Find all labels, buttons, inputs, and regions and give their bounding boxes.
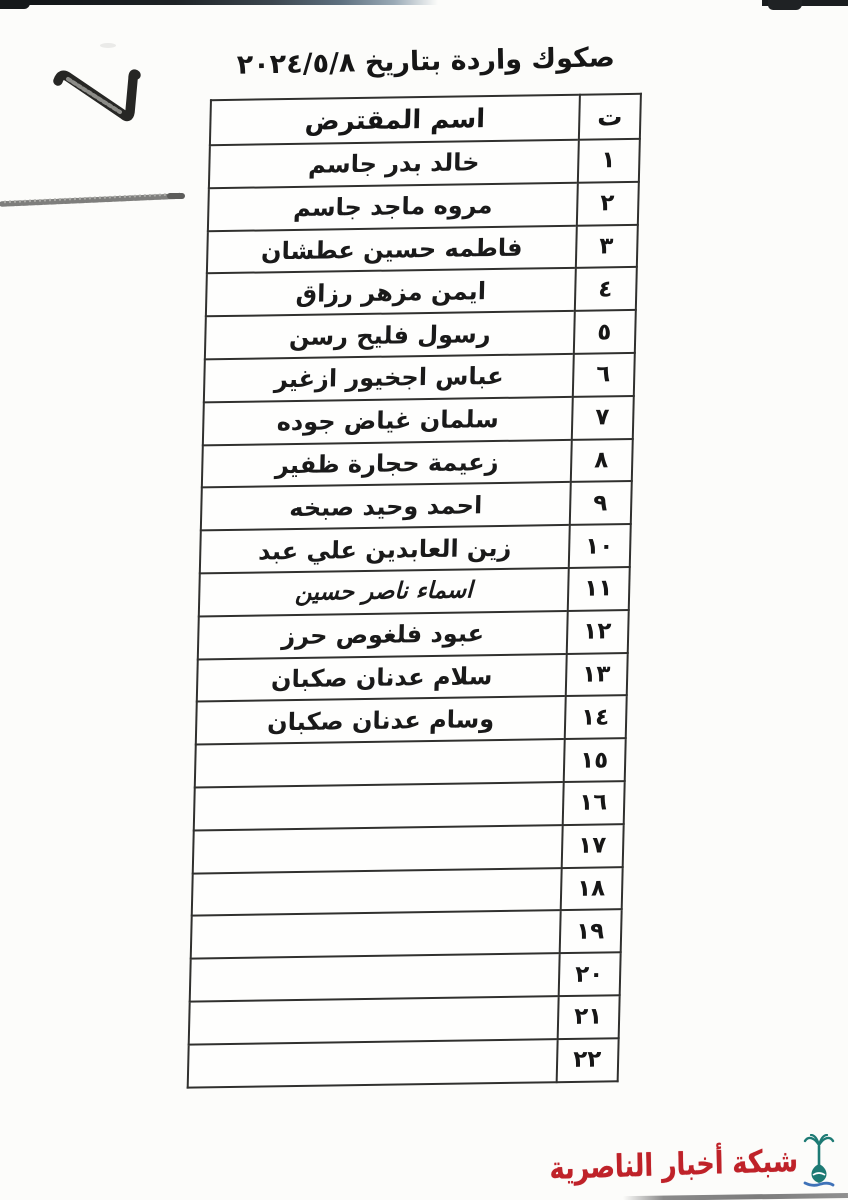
serial-cell: ١٤ [565, 695, 627, 739]
serial-cell: ١٧ [562, 824, 624, 868]
scan-edge-artifact-top-left-cap [0, 0, 30, 9]
table-row: ١ خالد بدر جاسم [209, 139, 640, 188]
name-cell: خالد بدر جاسم [209, 140, 579, 188]
serial-cell: ٢٢ [557, 1038, 619, 1082]
table-row: ٧ سلمان غياض جوده [203, 396, 634, 445]
name-cell [191, 910, 561, 958]
name-cell: احمد وحيد صبخه [201, 482, 571, 530]
serial-cell: ٦ [573, 353, 635, 397]
table-body: ١ خالد بدر جاسم ٢ مروه ماجد جاسم ٣ فاطمه… [188, 139, 640, 1087]
name-cell: فاطمه حسين عطشان [207, 225, 577, 273]
name-cell: وسام عدنان صكبان [196, 696, 566, 744]
serial-cell: ١١ [568, 567, 630, 611]
table-header: ت اسم المقترض [210, 94, 641, 145]
document-title: صكوك واردة بتاريخ ٢٠٢٤/٥/٨ [209, 40, 642, 85]
name-cell [188, 1039, 558, 1087]
name-cell [192, 868, 562, 916]
name-cell: اسماء ناصر حسين [199, 568, 569, 616]
table-row: ١٣ سلام عدنان صكبان [197, 653, 628, 702]
name-cell: رسول فليح رسن [205, 311, 575, 359]
name-cell: مروه ماجد جاسم [208, 183, 578, 231]
serial-cell: ١٥ [564, 738, 626, 782]
borrower-name-column-header: اسم المقترض [210, 95, 580, 145]
watermark-text: شبكة أخبار الناصرية [549, 1146, 798, 1185]
table-row: ٢٠ [190, 952, 621, 1001]
serial-cell: ٣ [576, 224, 638, 268]
serial-cell: ١٢ [567, 610, 629, 654]
name-cell: عبود فلغوص حرز [198, 611, 568, 659]
borrowers-table: ت اسم المقترض ١ خالد بدر جاسم ٢ مروه ماج… [187, 93, 642, 1088]
serial-cell: ٩ [570, 481, 632, 525]
table-row: ١٧ [193, 824, 624, 873]
serial-cell: ٨ [571, 439, 633, 483]
table-row: ١٦ [194, 781, 625, 830]
serial-cell: ١ [578, 139, 640, 183]
serial-cell: ٥ [574, 310, 636, 354]
name-cell: سلام عدنان صكبان [197, 654, 567, 702]
table-row: ٢٢ [188, 1038, 619, 1087]
name-cell [194, 782, 564, 830]
name-cell [189, 996, 559, 1044]
table-row: ١٩ [191, 910, 622, 959]
table-row: ٦ عباس اجخيور ازغير [204, 353, 635, 402]
news-network-watermark: شبكة أخبار الناصرية [495, 1134, 836, 1188]
table-row: ٢ مروه ماجد جاسم [208, 182, 639, 231]
table-row: ٥ رسول فليح رسن [205, 310, 636, 359]
table-row: ٤ ايمن مزهر رزاق [206, 267, 637, 316]
scan-edge-artifact-top-right-bump [768, 0, 802, 10]
serial-cell: ٤ [575, 267, 637, 311]
name-cell: زين العابدين علي عبد [200, 525, 570, 573]
table-row: ١٥ [195, 738, 626, 787]
serial-cell: ١٩ [560, 910, 622, 954]
table-row: ٣ فاطمه حسين عطشان [207, 224, 638, 273]
table-row: ١١ اسماء ناصر حسين [199, 567, 630, 616]
table-row: ١٠ زين العابدين علي عبد [200, 524, 631, 573]
serial-cell: ١٦ [563, 781, 625, 825]
palm-tree-emblem-icon [802, 1134, 836, 1188]
serial-cell: ٢ [577, 182, 639, 226]
serial-cell: ١٣ [566, 653, 628, 697]
name-cell: زعيمة حجارة ظفير [202, 439, 572, 487]
serial-column-header: ت [579, 94, 641, 140]
table-row: ١٨ [192, 867, 623, 916]
scan-edge-artifact-bottom-right [623, 1193, 848, 1200]
name-cell: ايمن مزهر رزاق [206, 268, 576, 316]
serial-cell: ٢١ [558, 995, 620, 1039]
handwritten-check-mark [48, 60, 148, 138]
table-row: ١٤ وسام عدنان صكبان [196, 695, 627, 744]
pencil-line-mark [0, 186, 195, 212]
serial-cell: ٢٠ [559, 952, 621, 996]
paper-smudge [100, 43, 116, 48]
table-row: ٨ زعيمة حجارة ظفير [202, 439, 633, 488]
name-cell [190, 953, 560, 1001]
document-content: صكوك واردة بتاريخ ٢٠٢٤/٥/٨ ت اسم المقترض… [210, 43, 647, 1085]
table-row: ١٢ عبود فلغوص حرز [198, 610, 629, 659]
table-row: ٩ احمد وحيد صبخه [201, 481, 632, 530]
serial-cell: ١٨ [561, 867, 623, 911]
name-cell [195, 739, 565, 787]
name-cell: سلمان غياض جوده [203, 397, 573, 445]
name-cell [193, 825, 563, 873]
name-cell: عباس اجخيور ازغير [204, 354, 574, 402]
scan-edge-artifact-top-left [0, 0, 438, 5]
table-header-row: ت اسم المقترض [210, 94, 641, 145]
table-row: ٢١ [189, 995, 620, 1044]
scanned-document-page: صكوك واردة بتاريخ ٢٠٢٤/٥/٨ ت اسم المقترض… [0, 0, 848, 1200]
serial-cell: ٧ [572, 396, 634, 440]
serial-cell: ١٠ [569, 524, 631, 568]
